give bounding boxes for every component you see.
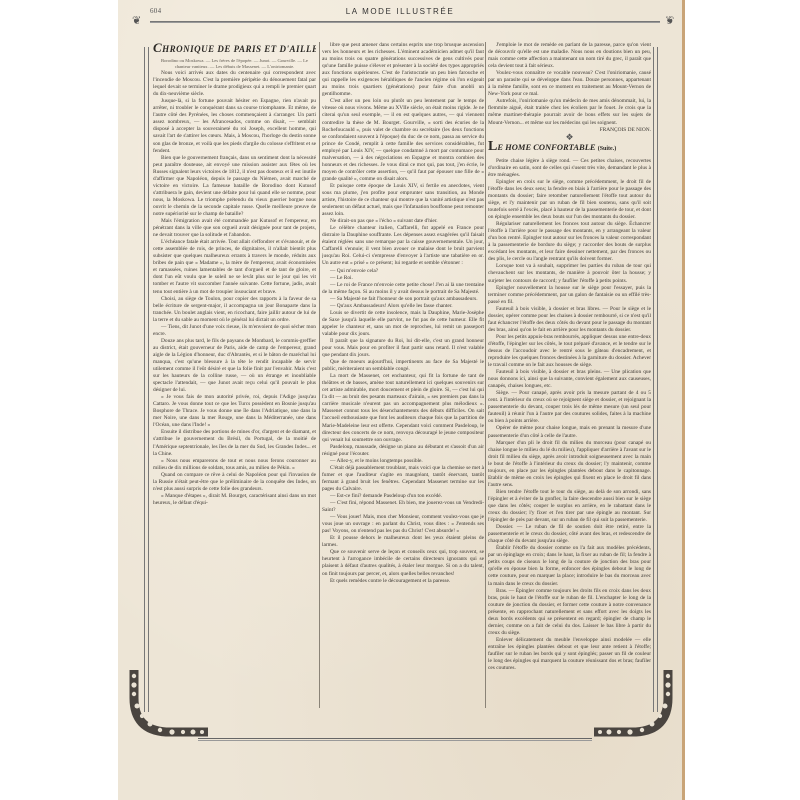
paragraph: — C'est fini, répond Massenet. Eh bien, … bbox=[322, 500, 484, 514]
outer-rule-right bbox=[653, 47, 658, 712]
corner-ornament-left-icon bbox=[120, 668, 208, 740]
column-1: CHRONIQUE DE PARIS ET D'AILLEURS Borodin… bbox=[153, 42, 316, 702]
paragraph: Pasdeloup, maussade, désigne un piano au… bbox=[322, 444, 484, 458]
outer-rule-left bbox=[144, 47, 149, 712]
paragraph: Ensuite il distribue des portions de min… bbox=[153, 429, 316, 457]
paragraph: Autrefois, l'oniriomanie qu'un médecin d… bbox=[488, 98, 651, 126]
paragraph: Louis se divertit de cette insolence, ma… bbox=[322, 310, 484, 338]
chronique-title: CHRONIQUE DE PARIS ET D'AILLEURS bbox=[153, 44, 316, 53]
column-2: libre que peut amener dans certains espr… bbox=[322, 42, 484, 702]
home-title-text: E HOME CONFORTABLE bbox=[497, 142, 595, 152]
paragraph: Le célèbre chanteur italien, Caffarelli,… bbox=[322, 225, 484, 267]
column-separator bbox=[485, 42, 486, 708]
fleuron-ornament-icon: ❖ bbox=[488, 134, 651, 141]
magazine-page: ❦ 604 LA MODE ILLUSTRÉE ❦ CHRONIQUE DE P… bbox=[118, 0, 685, 800]
paragraph: Et il pousse dehors le malheureux dont l… bbox=[322, 535, 484, 549]
paragraph: Choisi, au siège de Toulon, pour copier … bbox=[153, 296, 316, 324]
paragraph: Marquer d'un pli le droit fil du milieu … bbox=[488, 440, 651, 489]
paragraph: libre que peut amener dans certains espr… bbox=[322, 42, 484, 98]
paragraph: Bien tendre l'étoffe tout le tour du siè… bbox=[488, 489, 651, 524]
paragraph: « Manque d'étapes », dirait M. Bourget, … bbox=[153, 493, 316, 507]
home-confortable-body: Petite chaise légère à siège rond. — Ces… bbox=[488, 158, 651, 672]
home-title-dropcap: L bbox=[488, 139, 497, 154]
title-dropcap: C bbox=[153, 42, 162, 55]
paragraph: Régulariser naturellement les fronces to… bbox=[488, 221, 651, 263]
paragraph: Petite chaise légère à siège rond. — Ces… bbox=[488, 158, 651, 179]
paragraph: Fauteuil à bois visible, à dossier et br… bbox=[488, 306, 651, 334]
header-ornament-right-icon: ❦ bbox=[665, 14, 674, 27]
paragraph: Bras. — Épingler comme toujours les droi… bbox=[488, 588, 651, 637]
paragraph: Et quels remèdes contre le découragement… bbox=[322, 578, 484, 585]
paragraph: Fauteuil à bois visible, à dossier et br… bbox=[488, 369, 651, 390]
paragraph: Enlever délicatement du meuble l'envelop… bbox=[488, 637, 651, 672]
column-3: J'emploie le mot de remède en parlant de… bbox=[488, 42, 651, 702]
paragraph: Siège. — Pour canapé, après avoir pris l… bbox=[488, 390, 651, 425]
bottom-rule bbox=[198, 738, 592, 741]
paragraph: Que ce souvenir serve de leçon et consei… bbox=[322, 549, 484, 577]
home-title-suite: (Suite.) bbox=[598, 146, 617, 152]
paragraph: L'échéance fatale était arrivée. Tout al… bbox=[153, 239, 316, 295]
paragraph: Bien que le gouvernement français, dans … bbox=[153, 155, 316, 218]
paragraph: Il paraît que la signature du Roi, lui d… bbox=[322, 338, 484, 359]
header-rule bbox=[150, 21, 660, 23]
paragraph: Établir l'étoffe du dossier comme on l'a… bbox=[488, 545, 651, 587]
paragraph: C'est aller un peu loin ou plutôt un peu… bbox=[322, 98, 484, 183]
home-confortable-title: LE HOME CONFORTABLE (Suite.) bbox=[488, 143, 651, 153]
paragraph: — Sa Majesté ne fait l'honneur de son po… bbox=[322, 296, 484, 303]
paragraph: — Qui m'envoie cela? bbox=[322, 268, 484, 275]
paragraph: Epingler en croix sur le siège, comme pr… bbox=[488, 179, 651, 221]
paragraph: — Qu'aux Ambassadeurs! Alors qu'elle les… bbox=[322, 303, 484, 310]
paragraph: « Nous nous emparerons de tout et nous n… bbox=[153, 458, 316, 472]
paragraph: Que de moeurs aujourd'hui, impertinents … bbox=[322, 359, 484, 373]
column-3-body: J'emploie le mot de remède en parlant de… bbox=[488, 42, 651, 127]
paragraph: Dossier. — Le ruban de fil de soutien do… bbox=[488, 524, 651, 545]
title-text: HRONIQUE DE PARIS ET D'AILLEURS bbox=[162, 44, 316, 54]
paragraph: — Est-ce fini? demande Pasdeloup d'un to… bbox=[322, 493, 484, 500]
paragraph: — Tiens, dit Junot d'une voix rieuse, il… bbox=[153, 324, 316, 338]
paragraph: Mais l'émigration avait été commandée pa… bbox=[153, 218, 316, 239]
paragraph: Lorsque tout va à souhait, supprimer les… bbox=[488, 263, 651, 284]
paragraph: C'était déjà passablement troublant, mai… bbox=[322, 465, 484, 493]
paragraph: Douze ans plus tard, le fils de paysans … bbox=[153, 338, 316, 394]
paragraph: — Le roi de France m'envoie cette petite… bbox=[322, 282, 484, 296]
paragraph: La mort de Massenet, cet enchanteur, qui… bbox=[322, 373, 484, 443]
paragraph: — Allez-y, et le moins longtemps possibl… bbox=[322, 458, 484, 465]
paragraph: Pour les petits appuis-bras rembourrés, … bbox=[488, 334, 651, 369]
paragraph: Quand on compare ce rêve à celui de Napo… bbox=[153, 472, 316, 493]
paragraph: Et puisque cette époque de Louis XIV, si… bbox=[322, 183, 484, 218]
paragraph: — Vous jouer! Mais, mon cher Monsieur, c… bbox=[322, 514, 484, 535]
chronique-summary: Borodino ou Moskowa. — Les frères de l'é… bbox=[153, 58, 316, 70]
paragraph: « Je vous fais de mon autorité privée, r… bbox=[153, 394, 316, 429]
paragraph: Nous voici arrivés aux dates du centenai… bbox=[153, 70, 316, 98]
paragraph: Opérer de même pour chaise longue, mais … bbox=[488, 425, 651, 439]
paragraph: Jusque-là, si la fortune pouvait hésiter… bbox=[153, 98, 316, 154]
column-separator bbox=[319, 42, 320, 708]
column-1-body: Nous voici arrivés aux dates du centenai… bbox=[153, 70, 316, 507]
paragraph: J'emploie le mot de remède en parlant de… bbox=[488, 42, 651, 70]
running-head: LA MODE ILLUSTRÉE bbox=[118, 7, 682, 16]
column-2-body: libre que peut amener dans certains espr… bbox=[322, 42, 484, 585]
paragraph: Voulez-vous connaître ce vocable nouveau… bbox=[488, 70, 651, 98]
paragraph: Epingler nouvellement la housse sur le s… bbox=[488, 285, 651, 306]
corner-ornament-right-icon bbox=[594, 668, 682, 740]
paragraph: — Le Roi. bbox=[322, 275, 484, 282]
